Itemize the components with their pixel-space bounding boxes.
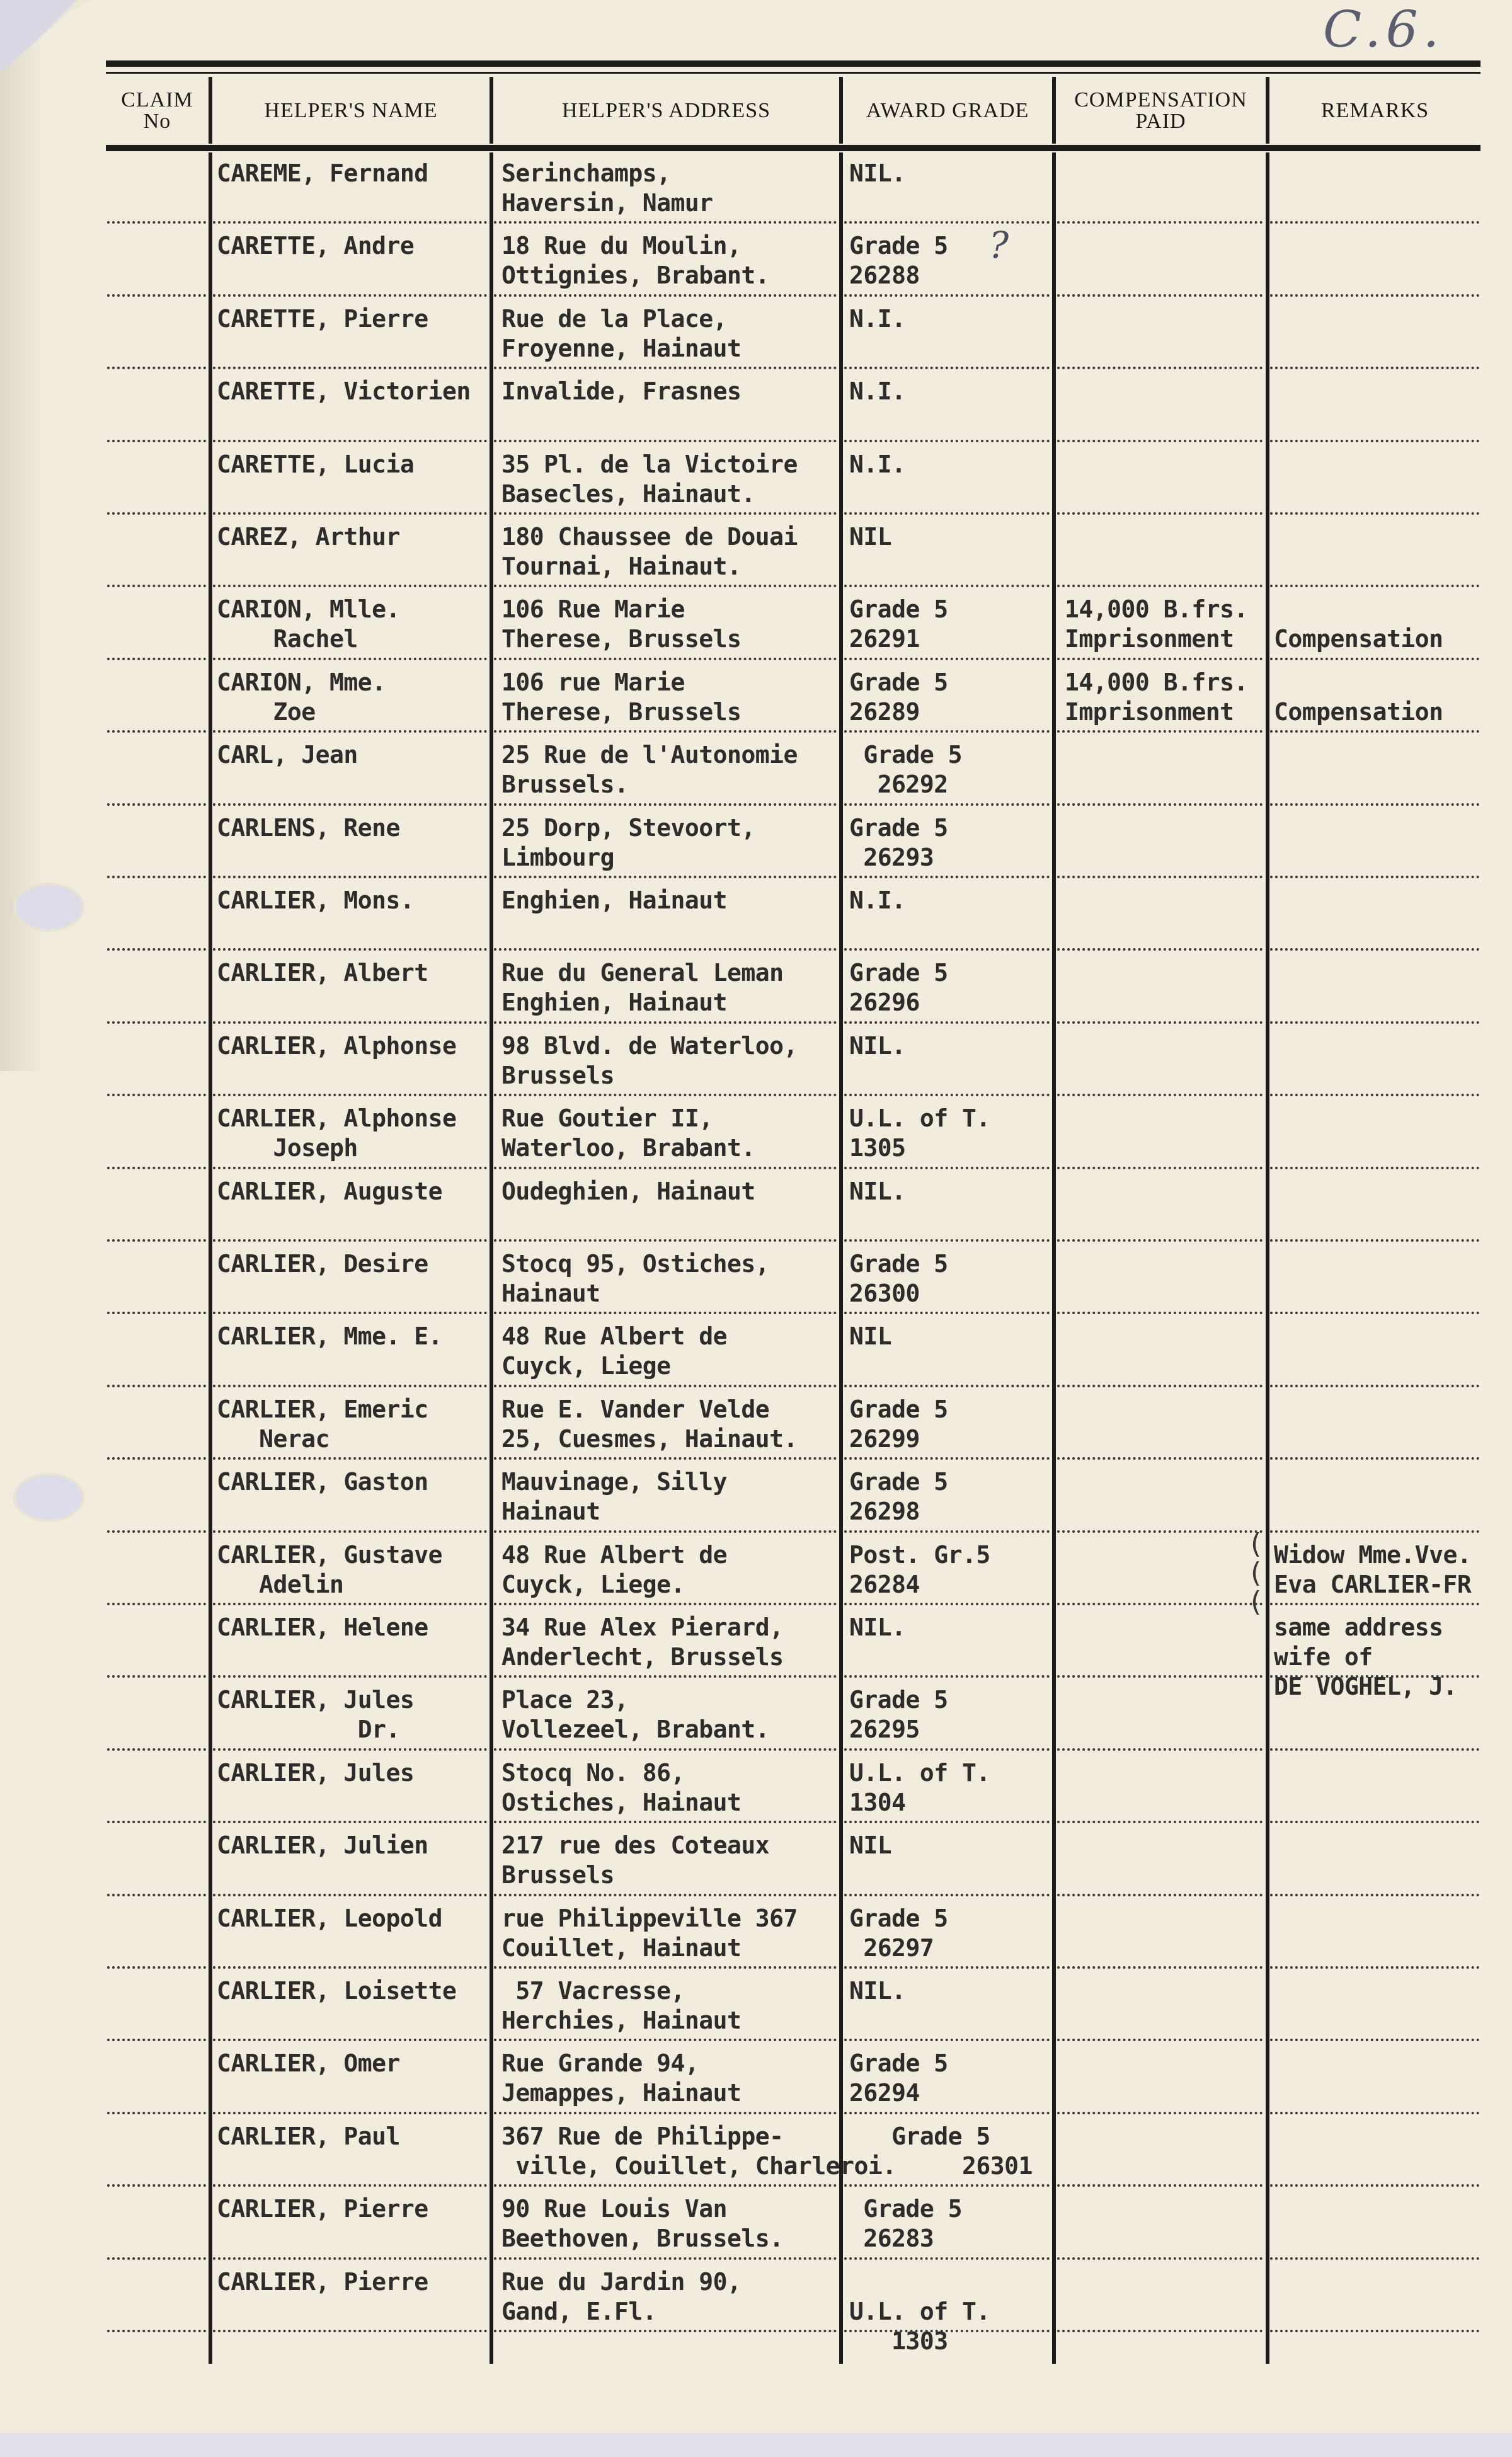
row-separator xyxy=(494,1167,837,1169)
row-separator xyxy=(844,1457,1050,1460)
helper-name-cell: CARLIER, Emeric Nerac xyxy=(217,1395,428,1454)
row-separator xyxy=(1270,1021,1479,1024)
row-separator xyxy=(1057,1603,1263,1605)
row-separator xyxy=(494,1457,837,1460)
helper-name-cell: CARETTE, Lucia xyxy=(217,450,414,479)
row-separator xyxy=(844,1603,1050,1605)
row-separator xyxy=(1057,440,1263,442)
row-separator xyxy=(107,585,206,587)
helper-name-cell: CARL, Jean xyxy=(217,740,358,770)
helper-address-cell: Rue Grande 94, Jemappes, Hainaut xyxy=(501,2049,741,2108)
helper-address-cell: Rue de la Place, Froyenne, Hainaut xyxy=(501,304,741,364)
helper-address-cell: Rue Goutier II, Waterloo, Brabant. xyxy=(501,1104,755,1163)
award-grade-cell: Grade 5 26301 xyxy=(849,2122,1033,2181)
row-separator xyxy=(1270,2184,1479,2187)
helper-address-cell: 48 Rue Albert de Cuyck, Liege xyxy=(501,1322,727,1381)
row-separator xyxy=(1270,294,1479,297)
row-separator xyxy=(494,1675,837,1678)
row-separator xyxy=(213,367,487,369)
helper-address-cell: rue Philippeville 367 Couillet, Hainaut xyxy=(501,1904,798,1963)
row-separator xyxy=(213,1094,487,1096)
helper-name-cell: CARLIER, Alphonse xyxy=(217,1031,456,1061)
row-separator xyxy=(1270,1385,1479,1387)
row-separator xyxy=(1270,803,1479,806)
row-separator xyxy=(107,948,206,951)
row-separator xyxy=(1270,1312,1479,1314)
punch-hole xyxy=(16,885,82,929)
helper-name-cell: CARLIER, Alphonse Joseph xyxy=(217,1104,456,1163)
row-separator xyxy=(213,730,487,733)
row-separator xyxy=(213,2039,487,2041)
row-separator xyxy=(213,2257,487,2260)
helper-name-cell: CARLIER, Mons. xyxy=(217,886,414,915)
helper-name-cell: CARLENS, Rene xyxy=(217,813,400,843)
row-separator xyxy=(1270,1821,1479,1823)
helper-address-cell: Rue du Jardin 90, Gand, E.Fl. xyxy=(501,2267,741,2327)
row-separator xyxy=(213,440,487,442)
row-separator xyxy=(1057,1675,1263,1678)
row-separator xyxy=(494,2112,837,2114)
handwritten-question-mark: ? xyxy=(989,224,1009,266)
helper-name-cell: CARLIER, Pierre xyxy=(217,2267,428,2297)
row-separator xyxy=(844,1094,1050,1096)
row-separator xyxy=(213,948,487,951)
row-separator xyxy=(1057,658,1263,660)
punch-hole xyxy=(16,1475,82,1520)
row-separator xyxy=(107,1966,206,1969)
row-separator xyxy=(844,2039,1050,2041)
row-separator xyxy=(844,1530,1050,1533)
row-separator xyxy=(494,440,837,442)
row-separator xyxy=(1057,1894,1263,1896)
row-separator xyxy=(1270,585,1479,587)
helper-name-cell: CARION, Mme. Zoe xyxy=(217,668,386,727)
row-separator xyxy=(1057,2257,1263,2260)
row-separator xyxy=(1270,2112,1479,2114)
helper-address-cell: Stocq No. 86, Ostiches, Hainaut xyxy=(501,1758,741,1818)
helper-address-cell: Rue E. Vander Velde 25, Cuesmes, Hainaut… xyxy=(501,1395,798,1454)
row-separator xyxy=(107,2039,206,2041)
row-separator xyxy=(1270,1239,1479,1242)
row-separator xyxy=(494,1821,837,1823)
row-separator xyxy=(494,1385,837,1387)
award-grade-cell: NIL. xyxy=(849,1031,906,1061)
row-separator xyxy=(844,512,1050,515)
award-grade-cell: N.I. xyxy=(849,886,906,915)
award-grade-cell: NIL. xyxy=(849,1613,906,1642)
row-separator xyxy=(494,512,837,515)
row-separator xyxy=(107,1530,206,1533)
header-remarks: REMARKS xyxy=(1269,76,1480,146)
row-separator xyxy=(494,1530,837,1533)
helper-name-cell: CARLIER, Gustave Adelin xyxy=(217,1540,442,1600)
row-separator xyxy=(213,658,487,660)
row-separator xyxy=(107,2184,206,2187)
helper-name-cell: CARLIER, Paul xyxy=(217,2122,400,2151)
helper-name-cell: CAREME, Fernand xyxy=(217,159,428,188)
header-claim-no: CLAIM No xyxy=(106,76,209,146)
helper-name-cell: CARLIER, Jules Dr. xyxy=(217,1685,414,1744)
row-separator xyxy=(494,1021,837,1024)
row-separator xyxy=(1270,1894,1479,1896)
helper-address-cell: Stocq 95, Ostiches, Hainaut xyxy=(501,1249,769,1309)
row-separator xyxy=(107,1821,206,1823)
helper-address-cell: 25 Rue de l'Autonomie Brussels. xyxy=(501,740,798,799)
compensation-cell: 14,000 B.frs. Imprisonment xyxy=(1065,668,1248,727)
helper-address-cell: Rue du General Leman Enghien, Hainaut xyxy=(501,958,784,1017)
remarks-brace: ((( xyxy=(1251,1530,1261,1617)
award-grade-cell: N.I. xyxy=(849,377,906,406)
row-separator xyxy=(1057,1821,1263,1823)
helper-name-cell: CARLIER, Loisette xyxy=(217,1976,456,2006)
row-separator xyxy=(107,221,206,224)
row-separator xyxy=(1057,730,1263,733)
award-grade-cell: N.I. xyxy=(849,450,906,479)
row-separator xyxy=(1270,1966,1479,1969)
row-separator xyxy=(844,948,1050,951)
award-grade-cell: NIL xyxy=(849,1322,891,1351)
column-divider xyxy=(1052,152,1056,2364)
row-separator xyxy=(494,1966,837,1969)
row-separator xyxy=(107,440,206,442)
row-separator xyxy=(1057,1385,1263,1387)
row-separator xyxy=(1057,1312,1263,1314)
row-separator xyxy=(213,1239,487,1242)
row-separator xyxy=(107,1312,206,1314)
helper-address-cell: Oudeghien, Hainaut xyxy=(501,1177,755,1206)
row-separator xyxy=(107,1021,206,1024)
row-separator xyxy=(1057,221,1263,224)
row-separator xyxy=(213,1312,487,1314)
award-grade-cell: Grade 5 26288 xyxy=(849,231,948,290)
award-grade-cell: NIL xyxy=(849,522,891,552)
row-separator xyxy=(1270,2330,1479,2332)
row-separator xyxy=(213,1530,487,1533)
row-separator xyxy=(1057,367,1263,369)
row-separator xyxy=(494,876,837,878)
row-separator xyxy=(494,1603,837,1605)
row-separator xyxy=(844,803,1050,806)
row-separator xyxy=(844,658,1050,660)
row-separator xyxy=(844,1894,1050,1896)
row-separator xyxy=(107,294,206,297)
row-separator xyxy=(844,730,1050,733)
helper-address-cell: 106 rue Marie Therese, Brussels xyxy=(501,668,741,727)
row-separator xyxy=(494,1894,837,1896)
row-separator xyxy=(844,1021,1050,1024)
row-separator xyxy=(107,1894,206,1896)
row-separator xyxy=(1057,1457,1263,1460)
row-separator xyxy=(1270,367,1479,369)
header-helper-address: HELPER'S ADDRESS xyxy=(493,76,839,146)
helper-name-cell: CARLIER, Helene xyxy=(217,1613,428,1642)
row-separator xyxy=(494,1239,837,1242)
award-grade-cell: Grade 5 26300 xyxy=(849,1249,948,1309)
helper-address-cell: 25 Dorp, Stevoort, Limbourg xyxy=(501,813,755,873)
row-separator xyxy=(1057,2112,1263,2114)
helper-address-cell: Enghien, Hainaut xyxy=(501,886,727,915)
row-separator xyxy=(1057,1167,1263,1169)
row-separator xyxy=(213,1675,487,1678)
row-separator xyxy=(213,803,487,806)
row-separator xyxy=(107,730,206,733)
helper-name-cell: CARLIER, Gaston xyxy=(217,1467,428,1497)
helper-address-cell: 35 Pl. de la Victoire Basecles, Hainaut. xyxy=(501,450,798,509)
row-separator xyxy=(107,1457,206,1460)
helper-name-cell: CARLIER, Desire xyxy=(217,1249,428,1279)
row-separator xyxy=(844,2112,1050,2114)
helper-address-cell: 106 Rue Marie Therese, Brussels xyxy=(501,595,741,654)
row-separator xyxy=(844,1966,1050,1969)
row-separator xyxy=(107,1167,206,1169)
row-separator xyxy=(107,876,206,878)
helper-address-cell: 90 Rue Louis Van Beethoven, Brussels. xyxy=(501,2194,784,2254)
helper-address-cell: Place 23, Vollezeel, Brabant. xyxy=(501,1685,769,1744)
row-separator xyxy=(1057,512,1263,515)
row-separator xyxy=(494,2039,837,2041)
row-separator xyxy=(213,1966,487,1969)
row-separator xyxy=(213,1821,487,1823)
row-separator xyxy=(107,1748,206,1751)
row-separator xyxy=(494,294,837,297)
row-separator xyxy=(844,221,1050,224)
row-separator xyxy=(213,1385,487,1387)
row-separator xyxy=(1270,221,1479,224)
row-separator xyxy=(844,2330,1050,2332)
row-separator xyxy=(213,1603,487,1605)
row-separator xyxy=(213,1748,487,1751)
row-separator xyxy=(1270,1748,1479,1751)
row-separator xyxy=(107,2257,206,2260)
remarks-cell: Compensation xyxy=(1274,595,1443,654)
row-separator xyxy=(1270,2257,1479,2260)
row-separator xyxy=(1057,948,1263,951)
award-grade-cell: Grade 5 26289 xyxy=(849,668,948,727)
award-grade-cell: Post. Gr.5 26284 xyxy=(849,1540,990,1600)
row-separator xyxy=(107,658,206,660)
helper-address-cell: 217 rue des Coteaux Brussels xyxy=(501,1831,769,1890)
row-separator xyxy=(213,2330,487,2332)
header-helper-name: HELPER'S NAME xyxy=(212,76,490,146)
award-grade-cell: Grade 5 26297 xyxy=(849,1904,948,1963)
award-grade-cell: Grade 5 26296 xyxy=(849,958,948,1017)
award-grade-cell: NIL. xyxy=(849,1177,906,1206)
helper-address-cell: Mauvinage, Silly Hainaut xyxy=(501,1467,727,1526)
row-separator xyxy=(1270,948,1479,951)
row-separator xyxy=(844,294,1050,297)
row-separator xyxy=(107,367,206,369)
row-separator xyxy=(494,803,837,806)
award-grade-cell: Grade 5 26292 xyxy=(849,740,962,799)
award-grade-cell: Grade 5 26294 xyxy=(849,2049,948,2108)
helper-name-cell: CARETTE, Andre xyxy=(217,231,414,261)
row-separator xyxy=(494,1748,837,1751)
helper-name-cell: CARLIER, Jules xyxy=(217,1758,414,1788)
row-separator xyxy=(844,876,1050,878)
row-separator xyxy=(107,1603,206,1605)
helper-name-cell: CARETTE, Victorien xyxy=(217,377,471,406)
helper-name-cell: CARLIER, Albert xyxy=(217,958,428,988)
row-separator xyxy=(213,1894,487,1896)
row-separator xyxy=(213,2184,487,2187)
row-separator xyxy=(213,876,487,878)
row-separator xyxy=(1270,1603,1479,1605)
row-separator xyxy=(1270,1530,1479,1533)
award-grade-cell: NIL. xyxy=(849,159,906,188)
award-grade-cell: N.I. xyxy=(849,304,906,334)
row-separator xyxy=(1270,658,1479,660)
row-separator xyxy=(494,948,837,951)
row-separator xyxy=(1057,585,1263,587)
row-separator xyxy=(844,440,1050,442)
row-separator xyxy=(1270,1094,1479,1096)
helper-address-cell: 18 Rue du Moulin, Ottignies, Brabant. xyxy=(501,231,769,290)
row-separator xyxy=(494,2184,837,2187)
helper-name-cell: CARLIER, Mme. E. xyxy=(217,1322,442,1351)
award-grade-cell: NIL xyxy=(849,1831,891,1860)
helper-address-cell: 367 Rue de Philippe- ville, Couillet, Ch… xyxy=(501,2122,896,2181)
row-separator xyxy=(107,1239,206,1242)
helper-address-cell: 98 Blvd. de Waterloo, Brussels xyxy=(501,1031,798,1091)
award-grade-cell: U.L. of T. 1303 xyxy=(849,2267,990,2356)
top-thick-rule xyxy=(106,60,1480,67)
row-separator xyxy=(494,2257,837,2260)
remarks-cell: Widow Mme.Vve. Eva CARLIER-FR xyxy=(1274,1540,1471,1600)
helper-name-cell: CARLIER, Leopold xyxy=(217,1904,442,1933)
helper-name-cell: CARLIER, Omer xyxy=(217,2049,400,2078)
award-grade-cell: Grade 5 26298 xyxy=(849,1467,948,1526)
row-separator xyxy=(213,2112,487,2114)
row-separator xyxy=(844,1821,1050,1823)
row-separator xyxy=(1057,1530,1263,1533)
row-separator xyxy=(1057,2039,1263,2041)
row-separator xyxy=(844,1748,1050,1751)
row-separator xyxy=(844,585,1050,587)
row-separator xyxy=(107,1094,206,1096)
column-divider xyxy=(1266,152,1269,2364)
row-separator xyxy=(107,512,206,515)
row-separator xyxy=(844,1167,1050,1169)
row-separator xyxy=(1270,730,1479,733)
award-grade-cell: Grade 5 26291 xyxy=(849,595,948,654)
row-separator xyxy=(107,2112,206,2114)
helper-name-cell: CARLIER, Auguste xyxy=(217,1177,442,1206)
row-separator xyxy=(213,294,487,297)
award-grade-cell: Grade 5 26283 xyxy=(849,2194,962,2254)
helper-address-cell: 48 Rue Albert de Cuyck, Liege. xyxy=(501,1540,727,1600)
row-separator xyxy=(1270,440,1479,442)
row-separator xyxy=(213,221,487,224)
helper-name-cell: CARETTE, Pierre xyxy=(217,304,428,334)
row-separator xyxy=(107,2330,206,2332)
row-separator xyxy=(844,2257,1050,2260)
row-separator xyxy=(1057,1966,1263,1969)
row-separator xyxy=(844,1239,1050,1242)
row-separator xyxy=(1057,876,1263,878)
compensation-cell: 14,000 B.frs. Imprisonment xyxy=(1065,595,1248,654)
row-separator xyxy=(844,1385,1050,1387)
header-compensation-paid: COMPENSATION PAID xyxy=(1056,76,1266,146)
top-thin-rule xyxy=(106,72,1480,74)
row-separator xyxy=(1057,2330,1263,2332)
row-separator xyxy=(1270,1167,1479,1169)
row-separator xyxy=(1270,876,1479,878)
award-grade-cell: U.L. of T. 1305 xyxy=(849,1104,990,1163)
award-grade-cell: Grade 5 26295 xyxy=(849,1685,948,1744)
row-separator xyxy=(1270,1675,1479,1678)
award-grade-cell: Grade 5 26299 xyxy=(849,1395,948,1454)
award-grade-cell: NIL. xyxy=(849,1976,906,2006)
helper-address-cell: 180 Chaussee de Douai Tournai, Hainaut. xyxy=(501,522,798,581)
row-separator xyxy=(107,1385,206,1387)
award-grade-cell: U.L. of T. 1304 xyxy=(849,1758,990,1818)
row-separator xyxy=(213,1167,487,1169)
header-award-grade: AWARD GRADE xyxy=(843,76,1052,146)
award-grade-cell: Grade 5 26293 xyxy=(849,813,948,873)
row-separator xyxy=(844,2184,1050,2187)
row-separator xyxy=(494,730,837,733)
row-separator xyxy=(494,585,837,587)
row-separator xyxy=(1270,1457,1479,1460)
row-separator xyxy=(494,367,837,369)
row-separator xyxy=(1057,803,1263,806)
helper-name-cell: CARION, Mlle. Rachel xyxy=(217,595,400,654)
remarks-cell: same address wife of DE VOGHEL, J. xyxy=(1274,1613,1457,1702)
helper-name-cell: CARLIER, Pierre xyxy=(217,2194,428,2224)
document-page: C.6. CLAIM No HELPER'S NAME HELPER'S ADD… xyxy=(0,0,1512,2433)
helper-name-cell: CARLIER, Julien xyxy=(217,1831,428,1860)
row-separator xyxy=(1057,1021,1263,1024)
row-separator xyxy=(1057,1239,1263,1242)
column-divider xyxy=(490,152,493,2364)
helper-address-cell: Invalide, Frasnes xyxy=(501,377,741,406)
row-separator xyxy=(494,1312,837,1314)
page-mark: C.6. xyxy=(1323,0,1444,59)
row-separator xyxy=(494,658,837,660)
helper-address-cell: 34 Rue Alex Pierard, Anderlecht, Brussel… xyxy=(501,1613,784,1672)
row-separator xyxy=(1270,512,1479,515)
row-separator xyxy=(1057,294,1263,297)
row-separator xyxy=(494,2330,837,2332)
row-separator xyxy=(1057,1748,1263,1751)
row-separator xyxy=(213,585,487,587)
row-separator xyxy=(1057,2184,1263,2187)
row-separator xyxy=(1057,1094,1263,1096)
row-separator xyxy=(844,1675,1050,1678)
column-divider xyxy=(839,152,843,2364)
helper-address-cell: Serinchamps, Haversin, Namur xyxy=(501,159,713,218)
row-separator xyxy=(107,1675,206,1678)
row-separator xyxy=(213,512,487,515)
remarks-cell: Compensation xyxy=(1274,668,1443,727)
row-separator xyxy=(844,367,1050,369)
row-separator xyxy=(213,1021,487,1024)
column-divider xyxy=(209,152,212,2364)
row-separator xyxy=(494,1094,837,1096)
helper-address-cell: 57 Vacresse, Herchies, Hainaut xyxy=(501,1976,741,2036)
row-separator xyxy=(1270,2039,1479,2041)
row-separator xyxy=(213,1457,487,1460)
row-separator xyxy=(844,1312,1050,1314)
row-separator xyxy=(107,803,206,806)
helper-name-cell: CAREZ, Arthur xyxy=(217,522,400,552)
row-separator xyxy=(494,221,837,224)
